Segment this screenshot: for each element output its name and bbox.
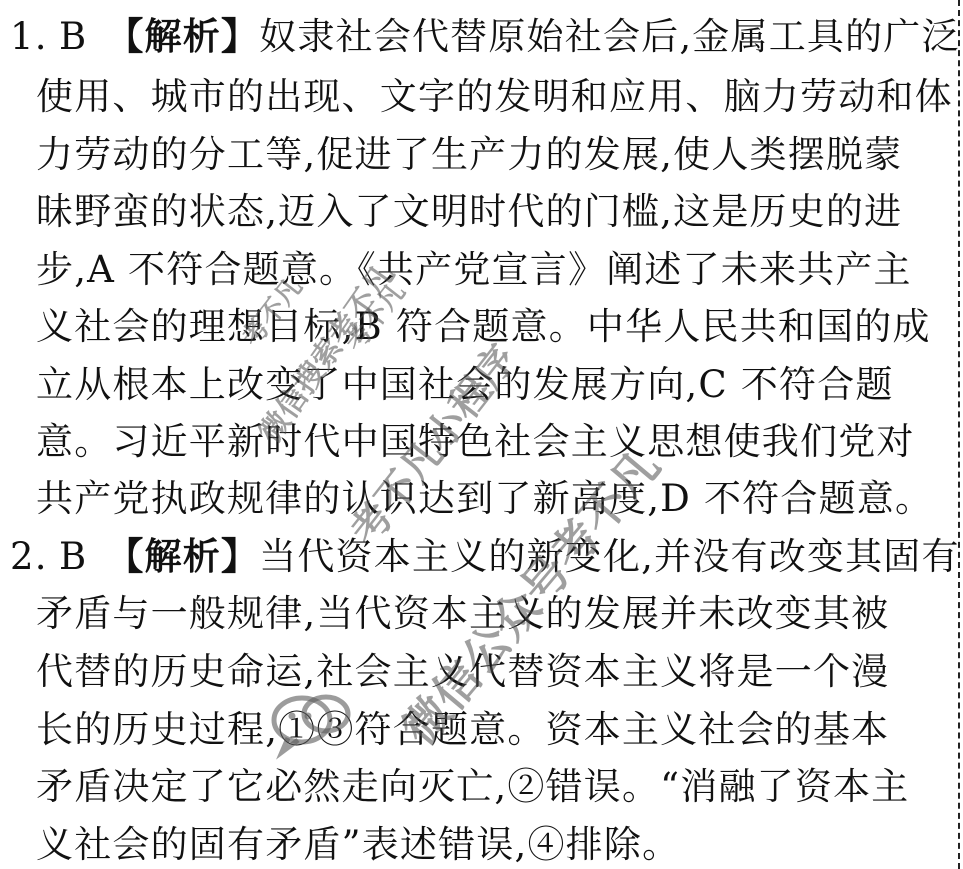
question-2-line-6: 义社会的固有矛盾”表述错误,④排除。 <box>36 818 680 869</box>
question-1-line-4: 昧野蛮的状态,迈入了文明时代的门槛,这是历史的进 <box>36 185 902 239</box>
analysis-tag: 【解析】 <box>106 15 259 58</box>
dashed-page-border <box>958 0 960 869</box>
question-1-line-9: 共产党执政规律的认识达到了新高度,D 不符合题意。 <box>36 472 933 526</box>
question-1-line-2: 使用、城市的出现、文字的发明和应用、脑力劳动和体 <box>36 70 953 124</box>
analysis-tag: 【解析】 <box>106 535 259 578</box>
question-number: 1. <box>10 10 46 64</box>
document-page: 1. B 【解析】奴隶社会代替原始社会后,金属工具的广泛 使用、城市的出现、文字… <box>0 0 963 869</box>
question-1-line-8: 意。习近平新时代中国特色社会主义思想使我们党对 <box>36 415 915 469</box>
answer-letter: B <box>59 15 87 58</box>
question-1-line-5: 步,A 不符合题意。《共产党宣言》阐述了未来共产主 <box>36 243 912 297</box>
question-2-line-4: 长的历史过程,①③符合题意。资本主义社会的基本 <box>36 703 889 757</box>
question-1-line-6: 义社会的理想目标,B 符合题意。中华人民共和国的成 <box>36 300 931 354</box>
question-text: 奴隶社会代替原始社会后,金属工具的广泛 <box>259 15 960 58</box>
question-1-line-7: 立从根本上改变了中国社会的发展方向,C 不符合题 <box>36 358 894 412</box>
question-text: 当代资本主义的新变化,并没有改变其固有 <box>259 535 960 578</box>
question-2-line-3: 代替的历史命运,社会主义代替资本主义将是一个漫 <box>36 645 889 699</box>
answer-letter: B <box>59 535 87 578</box>
question-2-line-2: 矛盾与一般规律,当代资本主义的发展并未改变其被 <box>36 587 889 641</box>
question-1-line-1: 1. B 【解析】奴隶社会代替原始社会后,金属工具的广泛 <box>0 10 960 64</box>
question-number: 2. <box>10 530 46 584</box>
question-2-line-5: 矛盾决定了它必然走向灭亡,②错误。“消融了资本主 <box>36 760 909 814</box>
question-2-line-1: 2. B 【解析】当代资本主义的新变化,并没有改变其固有 <box>0 530 960 584</box>
question-1-line-3: 力劳动的分工等,促进了生产力的发展,使人类摆脱蒙 <box>36 128 902 182</box>
